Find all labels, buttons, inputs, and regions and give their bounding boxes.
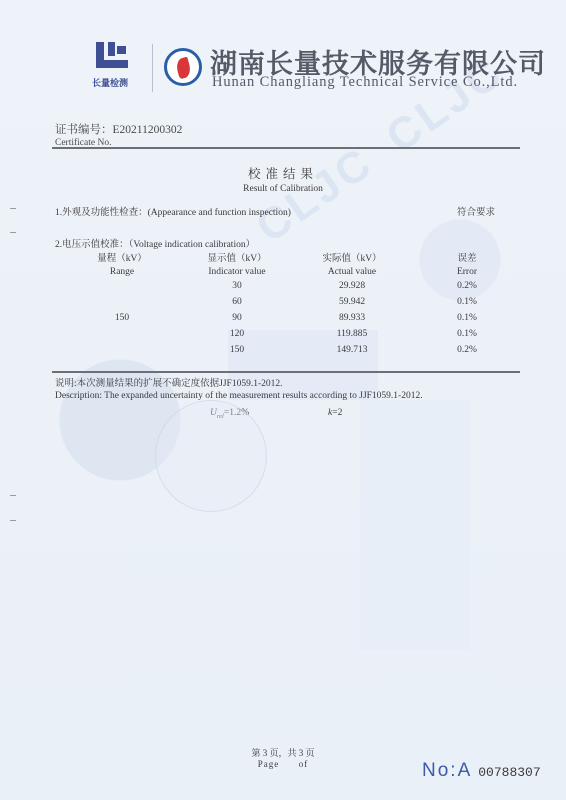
table-rule (52, 371, 520, 373)
letterhead: 长量检测 湖南长量技术服务有限公司 Hunan Changliang Techn… (92, 42, 532, 94)
company-logo-icon (92, 42, 132, 70)
serial-label: No:A (422, 760, 472, 781)
table-cell-error: 0.1% (412, 313, 522, 323)
range-value: 150 (77, 313, 167, 323)
serial-number-value: 00788307 (478, 765, 540, 780)
column-header-error: 误差Error (412, 250, 522, 277)
table-cell-indicator: 150 (187, 345, 287, 355)
logo-text: 长量检测 (92, 76, 128, 89)
table-cell-error: 0.1% (412, 329, 522, 339)
certificate-number-value: E20211200302 (113, 124, 183, 136)
appearance-inspection-result: 符合要求 (457, 204, 495, 218)
certificate-label-cn: 证书编号： (55, 124, 113, 136)
punch-mark (10, 520, 16, 525)
column-header-indicator: 显示值（kV）Indicator value (187, 250, 287, 277)
page-title: 校准结果 Result of Calibration (0, 164, 566, 194)
table-cell-indicator: 60 (187, 297, 287, 307)
voltage-calibration-label: 2.电压示值校准：（Voltage indication calibration… (55, 236, 255, 250)
watermark: CLJC (247, 137, 383, 253)
table-cell-actual: 59.942 (292, 297, 412, 307)
background-panel (360, 400, 470, 650)
title-en: Result of Calibration (0, 184, 566, 194)
punch-mark (10, 232, 16, 237)
table-cell-error: 0.1% (412, 297, 522, 307)
table-cell-error: 0.2% (412, 345, 522, 355)
header-rule (52, 147, 520, 149)
punch-mark (10, 208, 16, 213)
company-name-en: Hunan Changliang Technical Service Co.,L… (212, 74, 518, 91)
appearance-inspection-label: 1.外观及功能性检查：(Appearance and function insp… (55, 204, 291, 218)
description-en: Description: The expanded uncertainty of… (55, 391, 423, 401)
table-cell-indicator: 30 (187, 281, 287, 291)
table-cell-actual: 119.885 (292, 329, 412, 339)
table-cell-actual: 29.928 (292, 281, 412, 291)
k-value: k=2 (328, 408, 342, 418)
column-header-actual: 实际值（kV）Actual value (292, 250, 412, 277)
certificate-number: 证书编号：E20211200302 Certificate No. (55, 121, 182, 148)
page-number-cn: 第 3 页，共 3 页 (0, 746, 566, 759)
accreditation-emblem-icon (164, 48, 202, 86)
background-panel (228, 330, 378, 400)
serial-number: No:A00788307 (422, 760, 541, 782)
table-cell-actual: 89.933 (292, 313, 412, 323)
title-cn: 校准结果 (0, 164, 566, 182)
table-cell-actual: 149.713 (292, 345, 412, 355)
table-cell-indicator: 90 (187, 313, 287, 323)
table-cell-error: 0.2% (412, 281, 522, 291)
divider (152, 44, 153, 92)
punch-mark (10, 495, 16, 500)
table-cell-indicator: 120 (187, 329, 287, 339)
embossed-seal (155, 400, 267, 512)
column-header-range: 量程（kV）Range (77, 250, 167, 277)
description-cn: 说明:本次测量结果的扩展不确定度依据JJF1059.1-2012. (55, 375, 282, 389)
